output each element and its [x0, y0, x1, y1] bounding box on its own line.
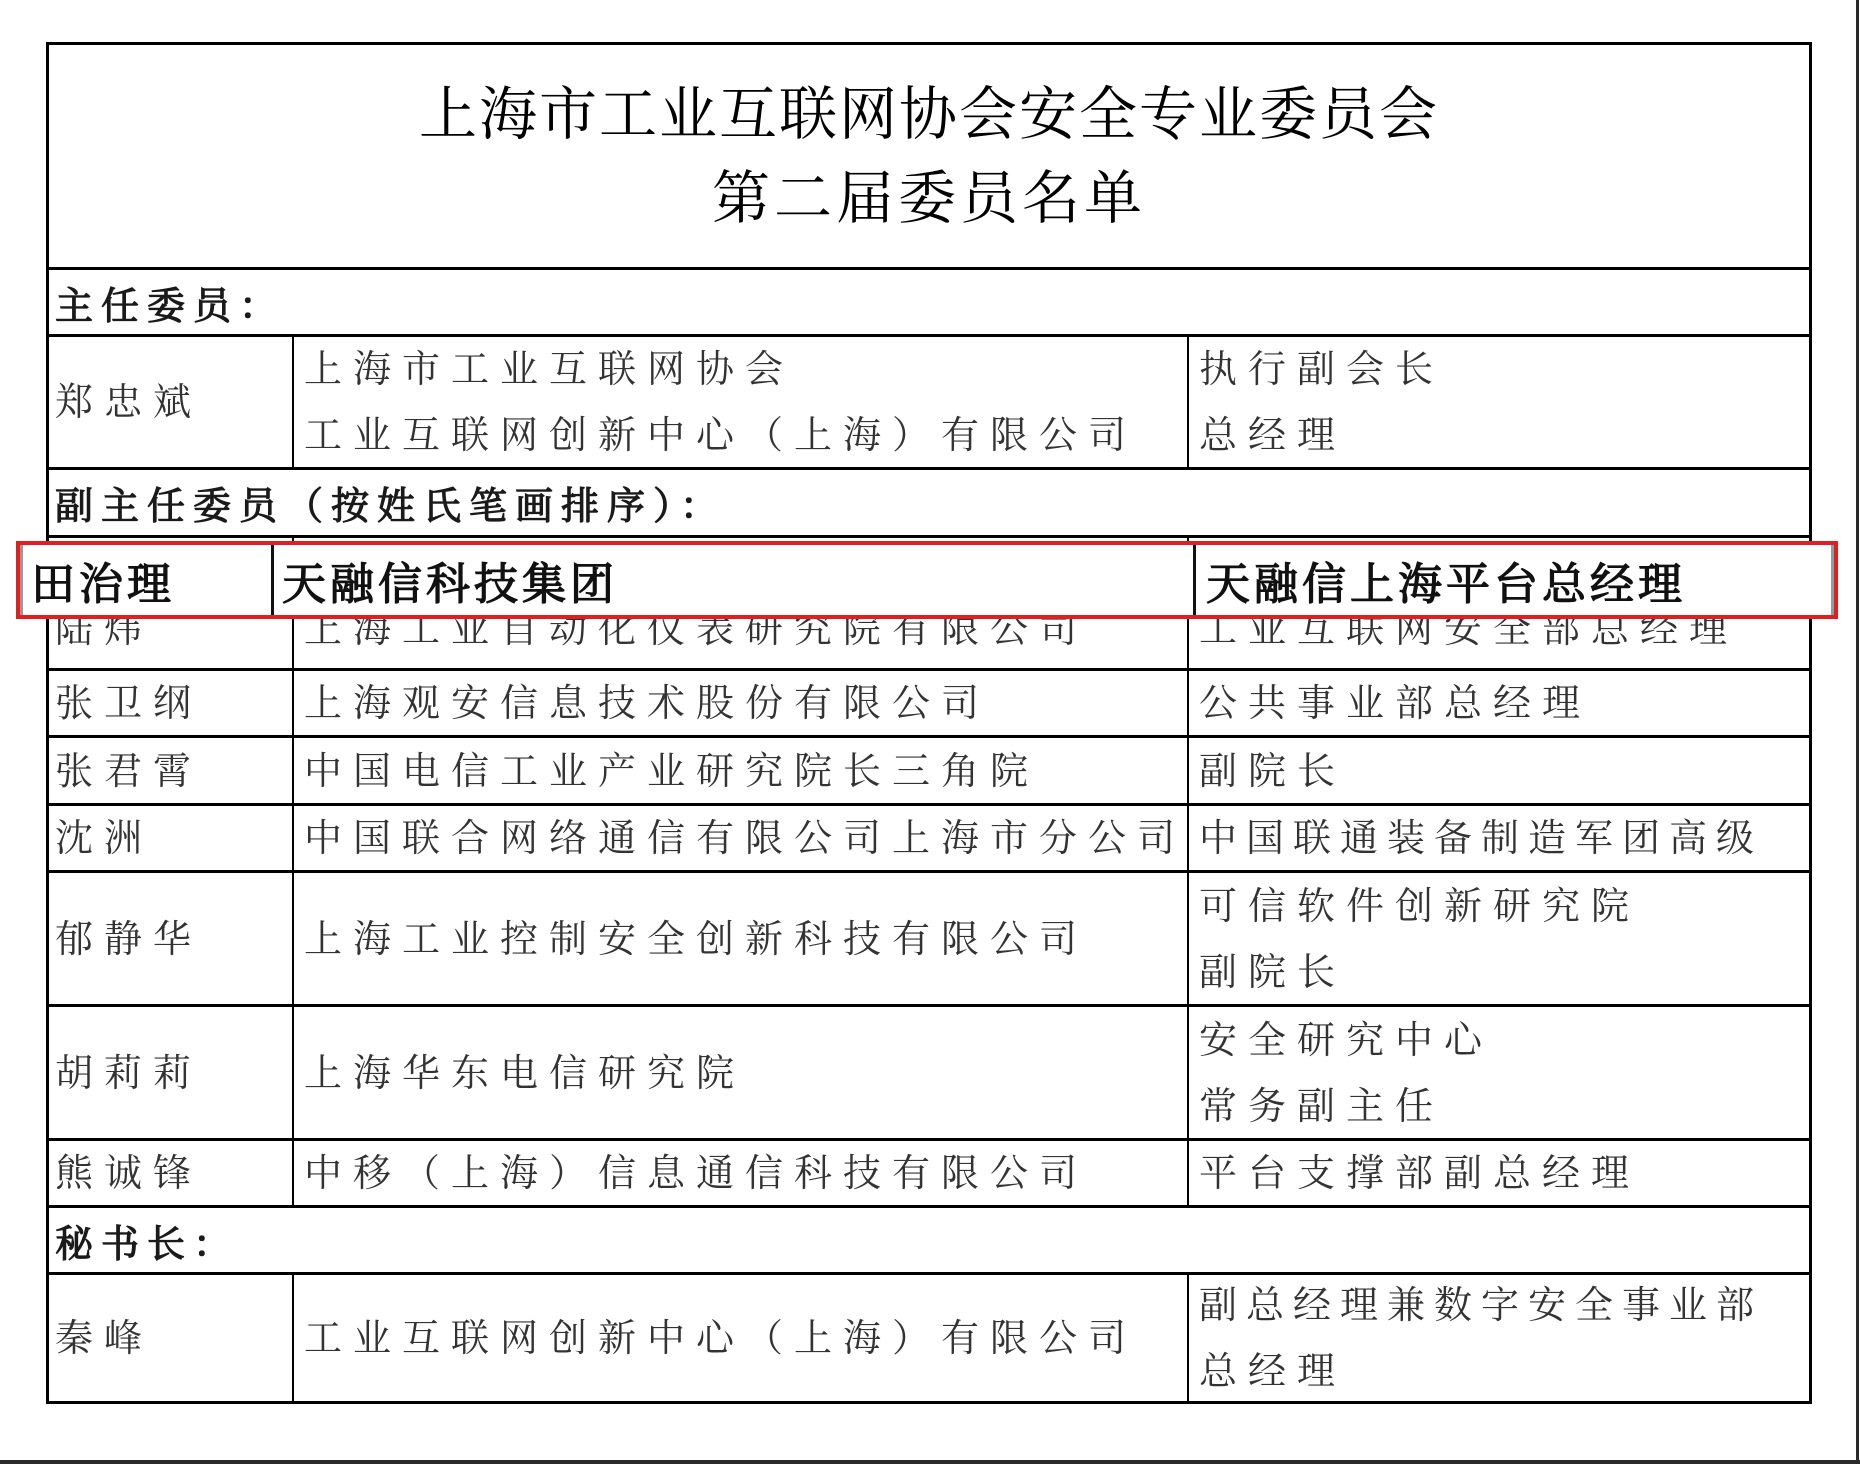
- member-position-line: 总经理: [1199, 402, 1809, 468]
- member-name-cell: 胡莉莉: [49, 1007, 294, 1138]
- member-name: 秦峰: [55, 1305, 292, 1371]
- highlighted-position: 天融信上海平台总经理: [1206, 548, 1686, 612]
- member-org-cell: 中国电信工业产业研究院长三角院: [294, 738, 1189, 803]
- member-name: 张君霄: [55, 738, 292, 804]
- member-position-cell: 中国联通装备制造军团高级: [1189, 806, 1809, 870]
- member-org-line: 上海市工业互联网协会: [304, 336, 1187, 402]
- title-block: 上海市工业互联网协会安全专业委员会 第二届委员名单: [49, 45, 1809, 270]
- member-position-line: 平台支撑部副总经理: [1199, 1140, 1809, 1206]
- member-position-line: 总经理: [1199, 1338, 1809, 1404]
- table-row: 胡莉莉 上海华东电信研究院 安全研究中心 常务副主任: [49, 1007, 1809, 1141]
- member-org-line: 中国联合网络通信有限公司上海市分公司: [304, 805, 1187, 871]
- member-position-line: 副院长: [1199, 738, 1809, 804]
- member-position-cell: 执行副会长 总经理: [1189, 337, 1809, 467]
- member-position-line: 副总经理兼数字安全事业部: [1199, 1272, 1809, 1338]
- member-org-cell: 上海华东电信研究院: [294, 1007, 1189, 1138]
- member-name: 郁静华: [55, 906, 292, 972]
- member-position-line: 可信软件创新研究院: [1199, 873, 1809, 939]
- member-position-line: 执行副会长: [1199, 336, 1809, 402]
- table-row: 张君霄 中国电信工业产业研究院长三角院 副院长: [49, 738, 1809, 806]
- member-org-line: 上海华东电信研究院: [304, 1040, 1187, 1106]
- member-org-line: 中国电信工业产业研究院长三角院: [304, 738, 1187, 804]
- member-position-cell: 平台支撑部副总经理: [1189, 1141, 1809, 1205]
- member-position-line: 安全研究中心: [1199, 1007, 1809, 1073]
- member-name-cell: 郁静华: [49, 873, 294, 1004]
- member-position-line: 副院长: [1199, 939, 1809, 1005]
- highlighted-name-cell: 田治理: [20, 545, 274, 615]
- highlighted-position-cell: 天融信上海平台总经理: [1196, 545, 1834, 615]
- section-label: 副主任委员（按姓氏笔画排序）：: [55, 475, 726, 530]
- member-position-line: 中国联通装备制造军团高级: [1199, 805, 1809, 871]
- section-label: 主任委员：: [55, 275, 285, 330]
- member-name: 熊诚锋: [55, 1140, 292, 1206]
- highlighted-member-row: 田治理 天融信科技集团 天融信上海平台总经理: [16, 541, 1838, 619]
- table-row-chair: 郑忠斌 上海市工业互联网协会 工业互联网创新中心（上海）有限公司 执行副会长 总…: [49, 337, 1809, 470]
- document-subtitle: 第二届委员名单: [712, 156, 1146, 240]
- member-org-cell: 中国联合网络通信有限公司上海市分公司: [294, 806, 1189, 870]
- member-org-cell: 上海市工业互联网协会 工业互联网创新中心（上海）有限公司: [294, 337, 1189, 467]
- member-position-line: 公共事业部总经理: [1199, 670, 1809, 736]
- member-org-line: 中移（上海）信息通信科技有限公司: [304, 1140, 1187, 1206]
- member-org-cell: 上海工业控制安全创新科技有限公司: [294, 873, 1189, 1004]
- member-position-cell: 公共事业部总经理: [1189, 671, 1809, 735]
- member-name-cell: 秦峰: [49, 1275, 294, 1401]
- table-row: 张卫纲 上海观安信息技术股份有限公司 公共事业部总经理: [49, 671, 1809, 738]
- member-name: 郑忠斌: [55, 369, 292, 435]
- page-edge-bottom: [0, 1460, 1860, 1464]
- member-org-line: 上海观安信息技术股份有限公司: [304, 670, 1187, 736]
- table-row: 郁静华 上海工业控制安全创新科技有限公司 可信软件创新研究院 副院长: [49, 873, 1809, 1007]
- member-org-cell: 中移（上海）信息通信科技有限公司: [294, 1141, 1189, 1205]
- member-position-line: 常务副主任: [1199, 1073, 1809, 1139]
- member-position-cell: 副总经理兼数字安全事业部 总经理: [1189, 1275, 1809, 1401]
- section-header-vice-chair: 副主任委员（按姓氏笔画排序）：: [49, 470, 1809, 538]
- member-name-cell: 张卫纲: [49, 671, 294, 735]
- highlighted-name: 田治理: [31, 548, 175, 612]
- document-title: 上海市工业互联网协会安全专业委员会: [419, 72, 1439, 156]
- member-name: 沈洲: [55, 805, 292, 871]
- member-org-line: 工业互联网创新中心（上海）有限公司: [304, 1305, 1187, 1371]
- section-header-chair: 主任委员：: [49, 270, 1809, 337]
- member-org-line: 上海工业控制安全创新科技有限公司: [304, 906, 1187, 972]
- section-header-secretary-general: 秘书长：: [49, 1208, 1809, 1275]
- table-row: 熊诚锋 中移（上海）信息通信科技有限公司 平台支撑部副总经理: [49, 1141, 1809, 1208]
- member-name: 张卫纲: [55, 670, 292, 736]
- member-position-cell: 可信软件创新研究院 副院长: [1189, 873, 1809, 1004]
- member-name-cell: 郑忠斌: [49, 337, 294, 467]
- page-edge-right: [1856, 0, 1859, 1464]
- section-label: 秘书长：: [55, 1213, 239, 1268]
- highlighted-org: 天融信科技集团: [282, 548, 618, 612]
- table-row: 沈洲 中国联合网络通信有限公司上海市分公司 中国联通装备制造军团高级: [49, 806, 1809, 873]
- member-name-cell: 熊诚锋: [49, 1141, 294, 1205]
- member-org-cell: 工业互联网创新中心（上海）有限公司: [294, 1275, 1189, 1401]
- member-position-cell: 安全研究中心 常务副主任: [1189, 1007, 1809, 1138]
- member-org-line: 工业互联网创新中心（上海）有限公司: [304, 402, 1187, 468]
- member-position-cell: 副院长: [1189, 738, 1809, 803]
- member-name-cell: 沈洲: [49, 806, 294, 870]
- member-name-cell: 张君霄: [49, 738, 294, 803]
- highlighted-org-cell: 天融信科技集团: [274, 545, 1196, 615]
- committee-member-table: 上海市工业互联网协会安全专业委员会 第二届委员名单 主任委员： 郑忠斌 上海市工…: [46, 42, 1812, 1404]
- member-name: 胡莉莉: [55, 1040, 292, 1106]
- member-org-cell: 上海观安信息技术股份有限公司: [294, 671, 1189, 735]
- table-row-secretary-general: 秦峰 工业互联网创新中心（上海）有限公司 副总经理兼数字安全事业部 总经理: [49, 1275, 1809, 1401]
